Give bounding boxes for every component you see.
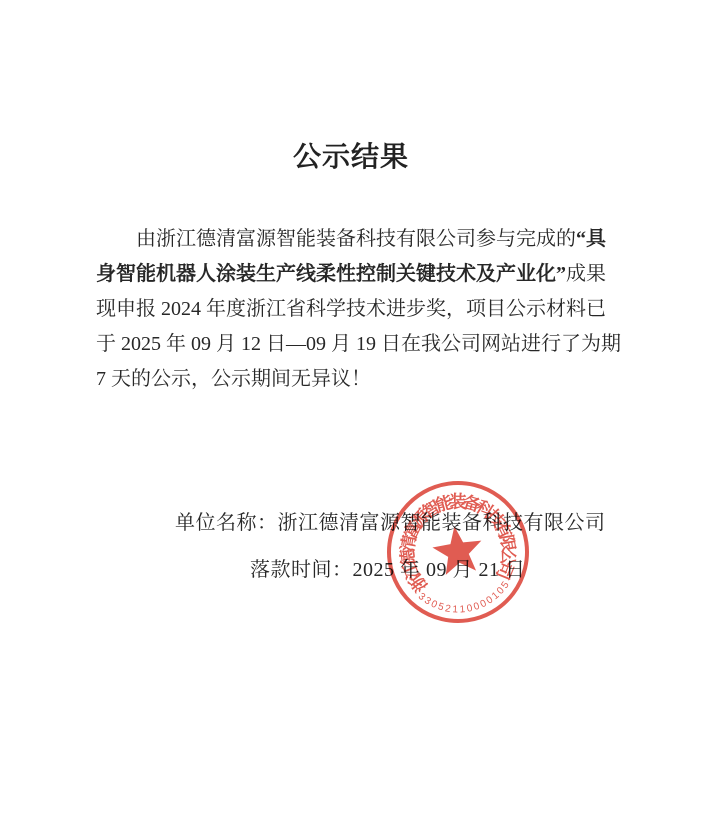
svg-text:5: 5	[436, 601, 445, 613]
project-name-text: 身智能机器人涂装生产线柔性控制关键技术及产业化”	[96, 263, 566, 285]
unit-name-value: 浙江德清富源智能装备科技有限公司	[278, 512, 606, 534]
sign-date-value: 2025 年 09 月 21 日	[353, 559, 526, 581]
project-name-text: “具	[576, 228, 606, 250]
svg-text:0: 0	[429, 599, 439, 611]
svg-text:3: 3	[416, 591, 428, 603]
company-seal-stamp: 浙江德清富源智能装备科技有限公司 33052110000105	[383, 477, 533, 627]
svg-text:3: 3	[422, 595, 433, 608]
paragraph-text: 成果	[566, 263, 606, 285]
svg-text:1: 1	[459, 604, 466, 615]
unit-name-line: 单位名称：浙江德清富源智能装备科技有限公司	[175, 506, 606, 535]
svg-text:2: 2	[444, 603, 452, 615]
svg-text:0: 0	[479, 598, 489, 611]
svg-text:0: 0	[472, 601, 481, 613]
paragraph-line: 身智能机器人涂装生产线柔性控制关键技术及产业化”成果	[96, 257, 606, 292]
paragraph-line: 于 2025 年 09 月 12 日—09 月 19 日在我公司网站进行了为期	[96, 327, 606, 362]
svg-text:限: 限	[496, 533, 518, 553]
page-title: 公示结果	[0, 135, 702, 175]
paragraph-text: 7 天的公示，公示期间无异议！	[96, 368, 371, 390]
svg-text:0: 0	[485, 594, 496, 606]
sign-date-line: 落款时间：2025 年 09 月 21 日	[250, 553, 526, 582]
announcement-paragraph: 由浙江德清富源智能装备科技有限公司参与完成的“具身智能机器人涂装生产线柔性控制关…	[96, 222, 606, 397]
svg-text:0: 0	[466, 603, 474, 615]
paragraph-text: 由浙江德清富源智能装备科技有限公司参与完成的	[136, 228, 576, 250]
svg-text:1: 1	[490, 590, 502, 602]
announcement-document-page: 公示结果 由浙江德清富源智能装备科技有限公司参与完成的“具身智能机器人涂装生产线…	[0, 0, 702, 819]
svg-text:清: 清	[397, 533, 420, 553]
paragraph-line: 由浙江德清富源智能装备科技有限公司参与完成的“具	[96, 222, 606, 257]
paragraph-line: 现申报 2024 年度浙江省科学技术进步奖，项目公示材料已	[96, 292, 606, 327]
paragraph-text: 现申报 2024 年度浙江省科学技术进步奖，项目公示材料已	[96, 298, 606, 320]
seal-rotated-group: 浙江德清富源智能装备科技有限公司 33052110000105	[383, 477, 533, 627]
seal-serial-arc-text: 33052110000105	[415, 578, 515, 621]
paragraph-text: 于 2025 年 09 月 12 日—09 月 19 日在我公司网站进行了为期	[96, 333, 621, 355]
sign-date-label: 落款时间：	[250, 559, 353, 581]
svg-text:1: 1	[452, 604, 459, 615]
svg-text:0: 0	[495, 585, 507, 597]
unit-name-label: 单位名称：	[175, 512, 278, 534]
seal-border-circle	[383, 477, 533, 627]
paragraph-line: 7 天的公示，公示期间无异议！	[96, 362, 606, 397]
